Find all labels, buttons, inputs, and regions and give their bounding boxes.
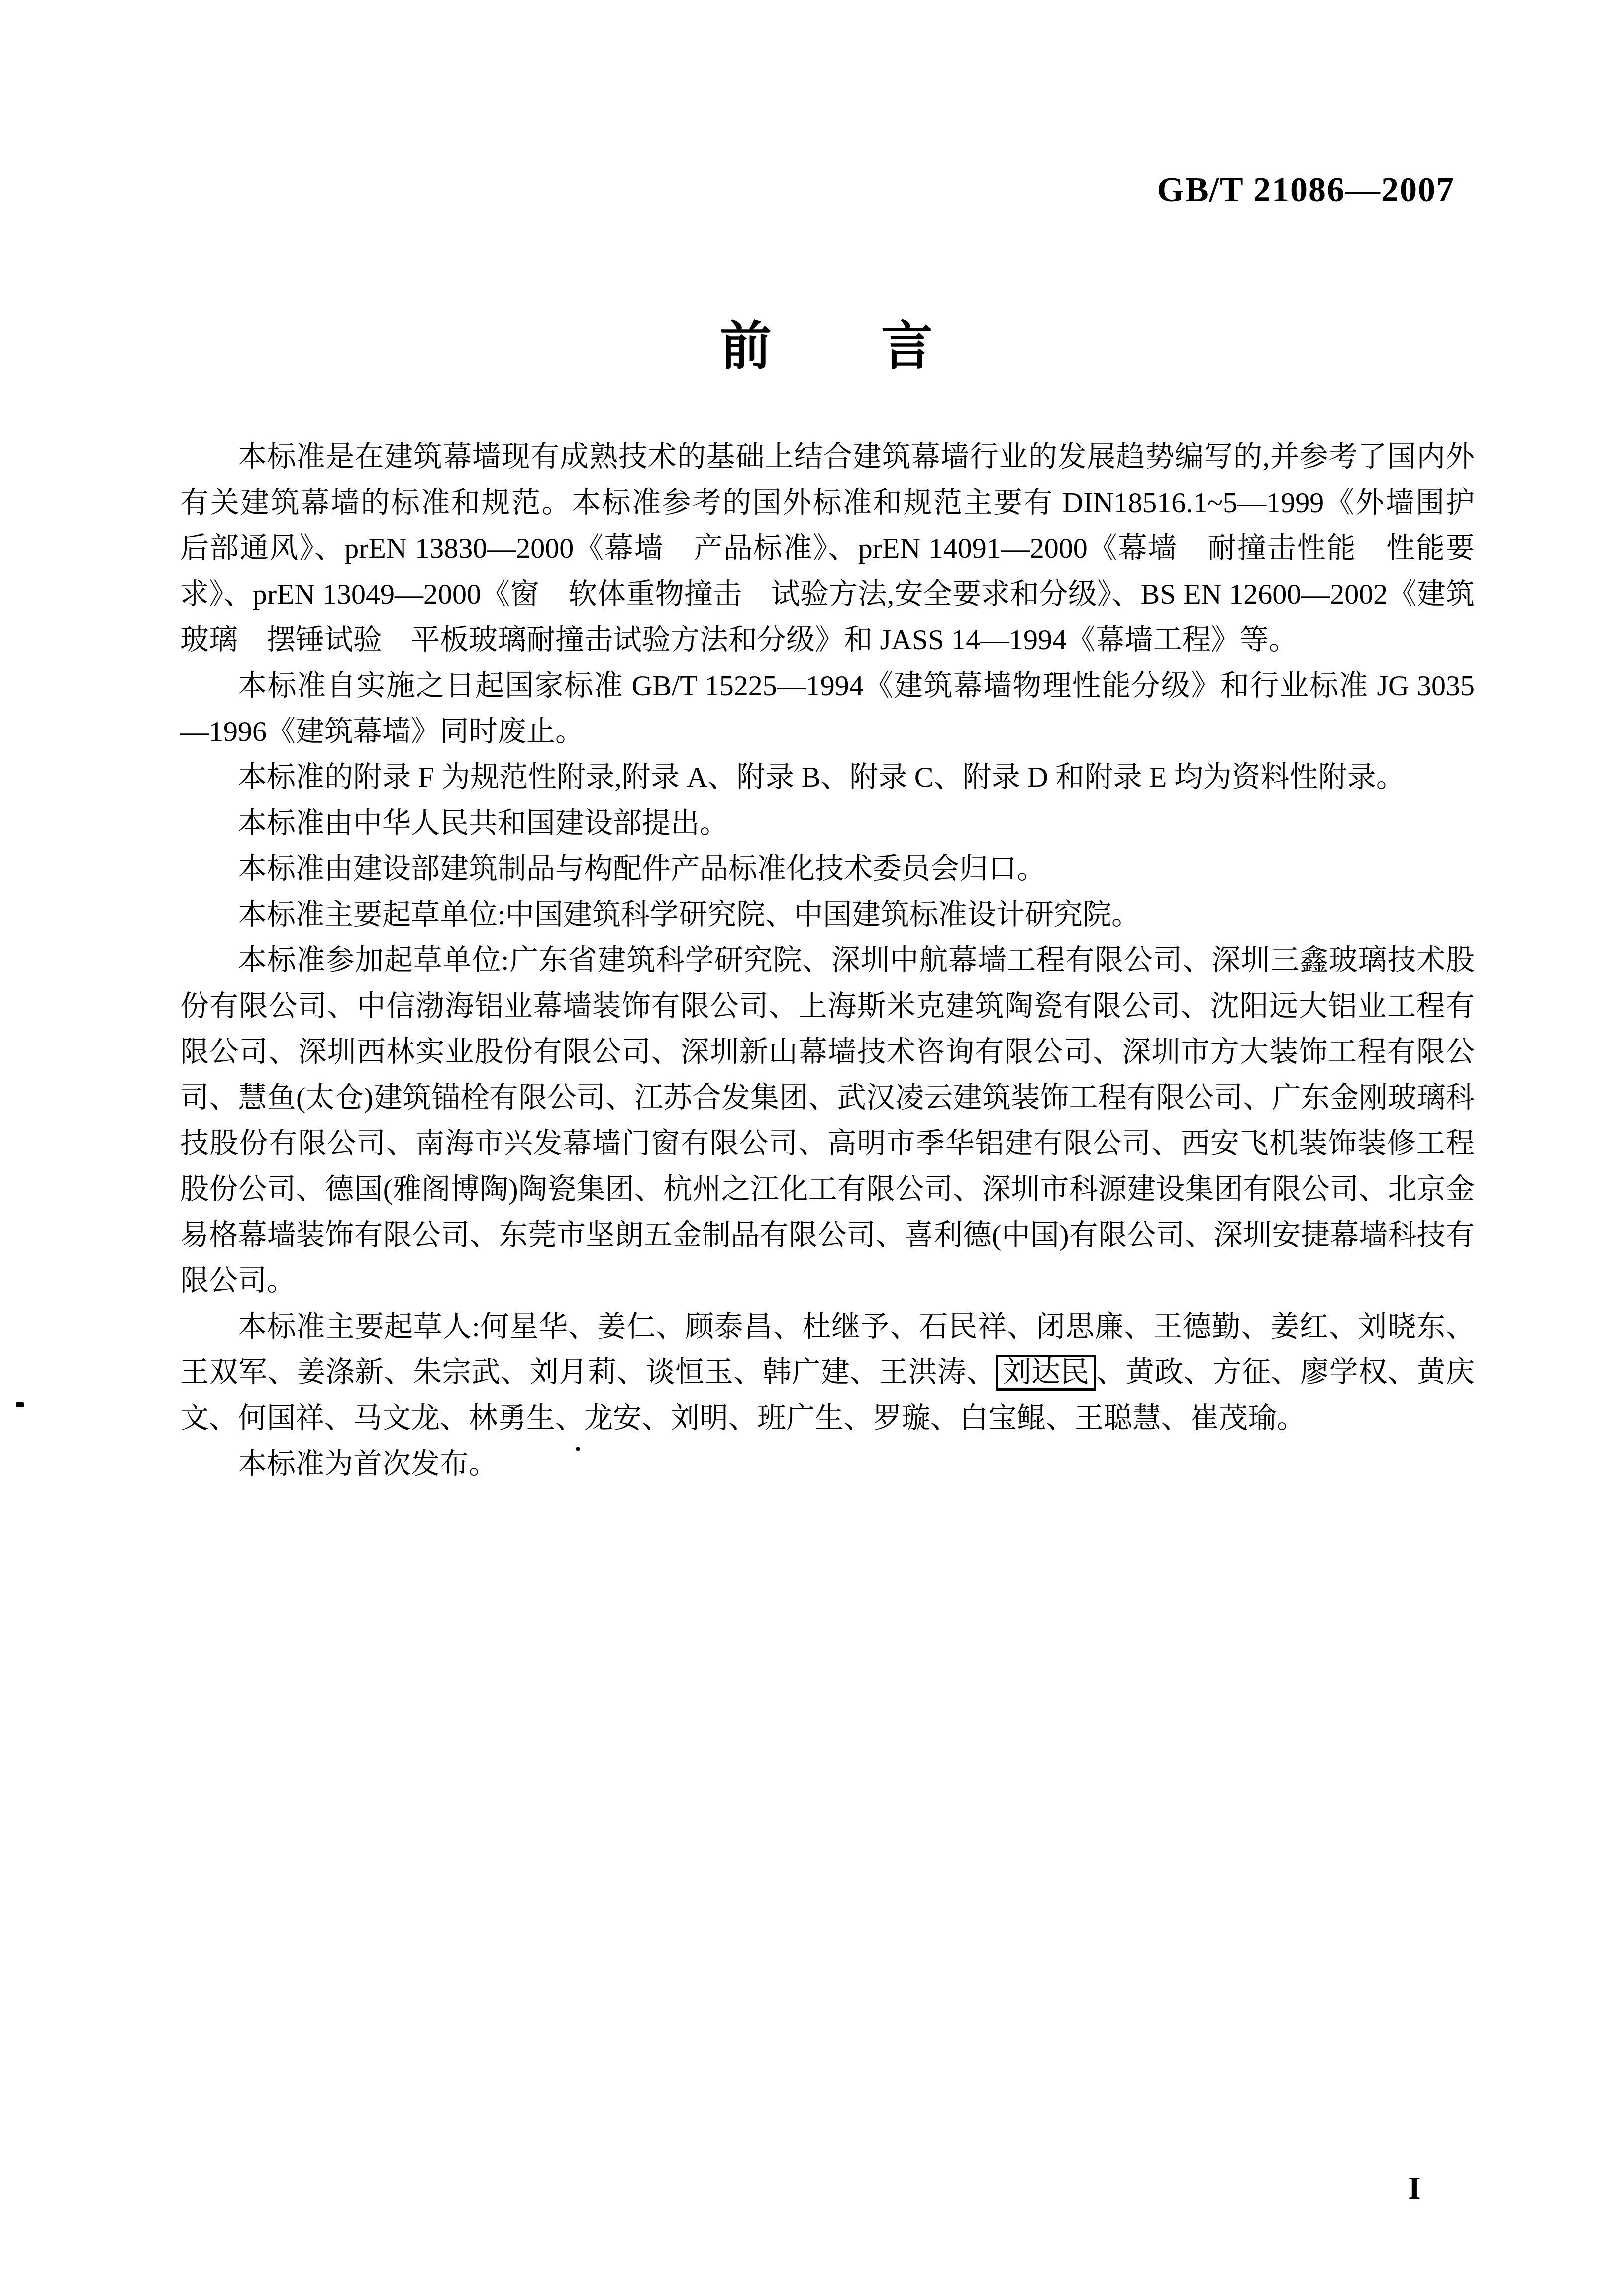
- paragraph-annexes: 本标准的附录 F 为规范性附录,附录 A、附录 B、附录 C、附录 D 和附录 …: [180, 754, 1475, 800]
- paragraph-main-drafting-units: 本标准主要起草单位:中国建筑科学研究院、中国建筑标准设计研究院。: [180, 892, 1475, 938]
- ink-speck: [576, 1447, 580, 1451]
- standard-number: GB/T 21086—2007: [180, 170, 1475, 210]
- paragraph-centralized-by: 本标准由建设部建筑制品与构配件产品标准化技术委员会归口。: [180, 846, 1475, 892]
- paragraph-scope: 本标准是在建筑幕墙现有成熟技术的基础上结合建筑幕墙行业的发展趋势编写的,并参考了…: [180, 434, 1475, 663]
- page-number: I: [1408, 2170, 1421, 2207]
- foreword-body: 本标准是在建筑幕墙现有成熟技术的基础上结合建筑幕墙行业的发展趋势编写的,并参考了…: [180, 434, 1475, 1487]
- paragraph-first-publication: 本标准为首次发布。: [180, 1441, 1475, 1487]
- paragraph-replaced-standards: 本标准自实施之日起国家标准 GB/T 15225—1994《建筑幕墙物理性能分级…: [180, 663, 1475, 754]
- paragraph-drafters: 本标准主要起草人:何星华、姜仁、顾泰昌、杜继予、石民祥、闭思廉、王德勤、姜红、刘…: [180, 1304, 1475, 1441]
- boxed-drafter-name: 刘达民: [996, 1355, 1096, 1391]
- paragraph-participating-units: 本标准参加起草单位:广东省建筑科学研究院、深圳中航幕墙工程有限公司、深圳三鑫玻璃…: [180, 938, 1475, 1304]
- paragraph-proposed-by: 本标准由中华人民共和国建设部提出。: [180, 800, 1475, 846]
- ink-speck: [16, 1402, 24, 1407]
- page-title: 前 言: [180, 305, 1475, 379]
- document-page: GB/T 21086—2007 前 言 本标准是在建筑幕墙现有成熟技术的基础上结…: [0, 0, 1611, 2296]
